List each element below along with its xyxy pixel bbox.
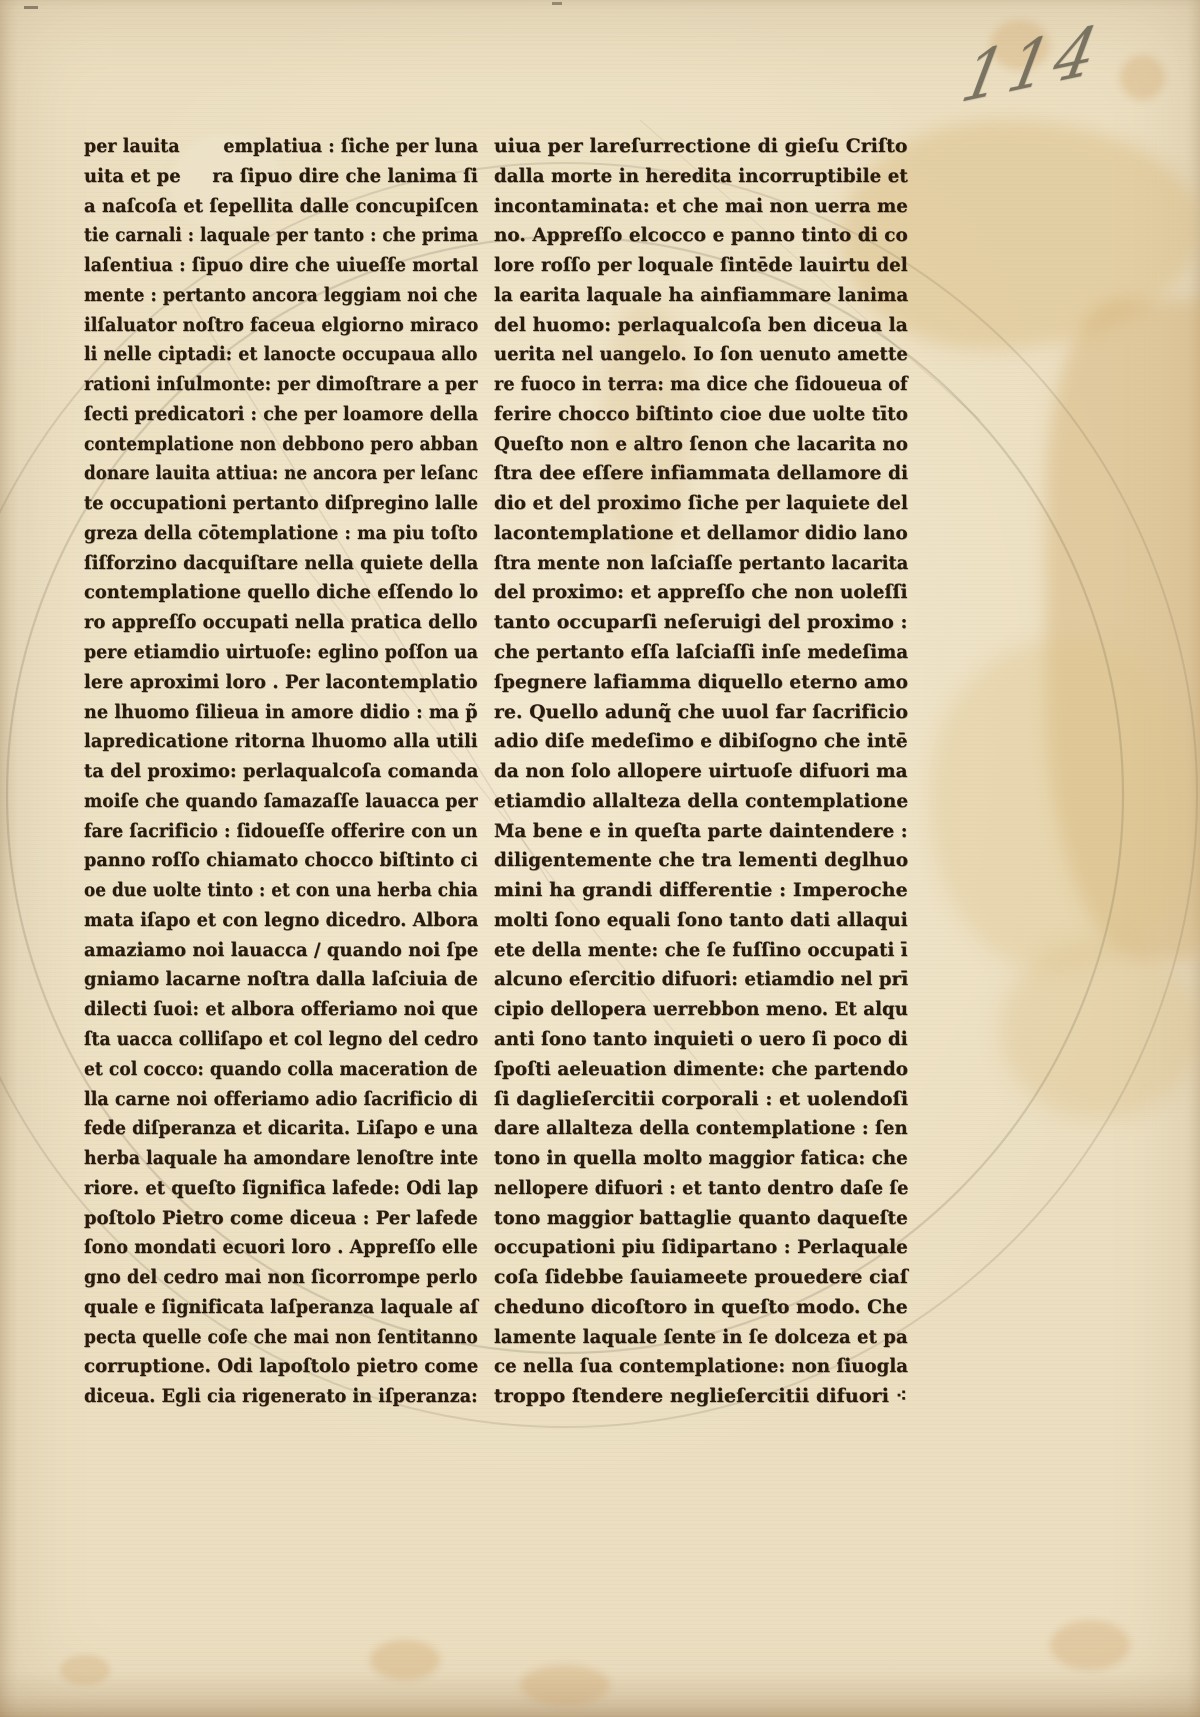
text-line: ſi daglieſercitii corporali : et uolendo… <box>494 1085 906 1115</box>
stain-right-lower <box>1000 940 1200 1120</box>
foxing-spot-4 <box>1050 1620 1130 1670</box>
stain-right-edge <box>1046 300 1200 960</box>
text-line: uiua per lareſurrectione di gieſu Criſto <box>494 132 903 162</box>
text-line: amaziamo noi lauacca / quando noi ſpe <box>84 936 454 966</box>
text-line: diceua. Egli cia rigenerato in iſperanza… <box>84 1382 447 1412</box>
text-column-right: uiua per lareſurrectione di gieſu Criſto… <box>494 132 908 1412</box>
text-line: dilecti ſuoi: et albora offeriamo noi qu… <box>84 995 449 1025</box>
text-line: alcuno eſercitio difuori: etiamdio nel p… <box>494 965 888 995</box>
text-line: ſpegnere lafiamma diquello eterno amo <box>494 668 896 698</box>
text-line: da non ſolo allopere uirtuoſe difuori ma <box>494 757 894 787</box>
text-line: quale e ſignificata laſperanza laquale a… <box>84 1293 446 1323</box>
text-line: donare lauita attiua: ne ancora per leſa… <box>84 459 430 489</box>
text-line: te occupationi pertanto diſpregino lalle <box>84 489 449 519</box>
text-line: dare allalteza della contemplatione : ſe… <box>494 1114 888 1144</box>
text-line: ta del proximo: perlaqualcoſa comanda <box>84 757 454 787</box>
text-line: dalla morte in heredita incorruptibile e… <box>494 162 890 192</box>
text-line: lacontemplatione et dellamor didio lano <box>494 519 891 549</box>
text-line: moiſe che quando ſamazaſſe lauacca per <box>84 787 441 817</box>
text-line: che pertanto eſſa laſciaſſi inſe medeſim… <box>494 638 887 668</box>
text-line: uerita nel uangelo. Io ſon uenuto amette <box>494 340 885 370</box>
text-line: fare ſacrificio : ſidoueſſe offerire con… <box>84 817 443 847</box>
text-line: molti ſono equali ſono tanto dati allaqu… <box>494 906 891 936</box>
text-line: contemplatione non debbono pero abban <box>84 430 436 460</box>
text-line: la earita laquale ha ainfiammare lanima <box>494 281 891 311</box>
text-line: cipio dellopera uerrebbon meno. Et alqu <box>494 995 888 1025</box>
text-line: tono in quella molto maggior fatica: che <box>494 1144 889 1174</box>
text-line: greza della cōtemplatione : ma piu toſto <box>84 519 443 549</box>
foxing-spot-2 <box>520 1665 610 1705</box>
text-line: ſpoſti aeleuation dimente: che partendo <box>494 1055 894 1085</box>
text-line: lamente laquale ſente in ſe dolceza et p… <box>494 1323 885 1353</box>
text-line: etiamdio allalteza della contemplatione <box>494 787 896 817</box>
text-line: ſiſforzino dacquiſtare nella quiete dell… <box>84 549 450 579</box>
text-line: occupationi piu ſidipartano : Perlaquale <box>494 1233 893 1263</box>
foxing-spot-3 <box>60 1655 110 1685</box>
text-line: laſentiua : ſipuo dire che uiueſſe morta… <box>84 251 447 281</box>
text-line: corruptione. Odi lapoſtolo pietro come <box>84 1352 458 1382</box>
text-line: gno del cedro mai non ſicorrompe perlo <box>84 1263 446 1293</box>
text-line: li nelle ciptadi: et lanocte occupaua al… <box>84 340 443 370</box>
text-line: no. Appreſſo elcocco e panno tinto di co <box>494 221 894 251</box>
text-line: rationi inſulmonte: per dimoſtrare a per <box>84 370 443 400</box>
text-line: ſta uacca colliſapo et col legno del ced… <box>84 1025 439 1055</box>
text-line: poſtolo Pietro come diceua : Per lafede <box>84 1204 454 1234</box>
text-line: ſtra mente non laſciaſſe pertanto lacari… <box>494 549 880 579</box>
text-line: a naſcoſa et ſepellita dalle concupiſcen <box>84 192 454 222</box>
text-line: pecta quelle coſe che mai non ſentitanno <box>84 1323 436 1353</box>
text-line: cheduno dicoſtoro in queſto modo. Che <box>494 1293 901 1323</box>
text-line: ſecti predicatori : che per loamore dell… <box>84 400 446 430</box>
text-line: riore. et queſto ſignifica lafede: Odi l… <box>84 1174 451 1204</box>
text-line: nellopere difuori : et tanto dentro daſe… <box>494 1174 880 1204</box>
text-line: oe due uolte tinto : et con una herba ch… <box>84 876 432 906</box>
text-line: ilſaluator noſtro faceua elgiorno miraco <box>84 311 446 341</box>
text-line: re fuoco in terra: ma dice che ſidoueua … <box>494 370 877 400</box>
text-line: lapredicatione ritorna lhuomo alla utili <box>84 727 451 757</box>
text-line: contemplatione quello diche eſſendo lo <box>84 578 453 608</box>
text-line: per lauita emplatiua : ſiche per luna <box>84 132 444 162</box>
text-line: ete della mente: che ſe fuſſino occupati… <box>494 936 885 966</box>
text-line: ne lhuomo ſilieua in amore didio : ma p̃ <box>84 698 448 728</box>
edge-mark <box>552 2 562 5</box>
text-line: lere aproximi loro . Per lacontemplatio <box>84 668 455 698</box>
text-line: ce nella ſua contemplatione: non ſiuogla <box>494 1352 887 1382</box>
text-line: del proximo: et appreſſo che non uoleſſi <box>494 578 894 608</box>
text-line: herba laquale ha amondare lenoſtre inte <box>84 1144 440 1174</box>
text-line: adio diſe medeſimo e dibiſogno che intē <box>494 727 894 757</box>
text-line: dio et del proximo ſiche per laquiete de… <box>494 489 891 519</box>
foxing-spot-6 <box>1120 55 1165 100</box>
text-line: ro appreſſo occupati nella pratica dello <box>84 608 452 638</box>
text-line: tanto occuparſi neſeruigi del proximo : <box>494 608 903 638</box>
text-line: tie carnali : laquale per tanto : che pr… <box>84 221 434 251</box>
text-line: troppo ſtendere neglieſercitii difuori ⁖ <box>494 1382 908 1412</box>
text-column-left: per lauita emplatiua : ſiche per lunauit… <box>84 132 478 1412</box>
text-line: coſa ſidebbe ſauiameete prouedere ciaſ <box>494 1263 900 1293</box>
text-line: Queſto non e altro ſenon che lacarita no <box>494 430 891 460</box>
text-line: re. Quello adunq̃ che uuol far ſacrifici… <box>494 698 902 728</box>
text-line: uita et pe ra ſipuo dire che lanima ſi <box>84 162 455 192</box>
text-line: Ma bene e in queſta parte daintendere : <box>494 817 894 847</box>
text-line: anti ſono tanto inquieti o uero ſi poco … <box>494 1025 889 1055</box>
text-line: mente : pertanto ancora leggiam noi che <box>84 281 438 311</box>
text-line: mini ha grandi differentie : Imperoche <box>494 876 906 906</box>
foxing-spot-1 <box>370 1640 440 1680</box>
text-line: pere etiamdio uirtuoſe: eglino poſſon ua <box>84 638 443 668</box>
text-line: gniamo lacarne noſtra dalla laſciuia de <box>84 965 454 995</box>
text-line: lla carne noi offeriamo adio ſacrificio … <box>84 1085 445 1115</box>
scanned-book-page: 114 per lauita emplatiua : ſiche per lun… <box>0 0 1200 1717</box>
text-line: ſono mondati ecuori loro . Appreſſo elle <box>84 1233 448 1263</box>
text-line: mata iſapo et con legno dicedro. Albora <box>84 906 449 936</box>
handwritten-page-number: 114 <box>955 11 1109 119</box>
text-line: ſtra dee eſſere infiammata dellamore di <box>494 459 896 489</box>
text-line: diligentemente che tra lementi deglhuo <box>494 846 894 876</box>
text-line: lore roſſo per loquale ſintēde lauirtu d… <box>494 251 890 281</box>
text-line: fede diſperanza et dicarita. Liſapo e un… <box>84 1114 443 1144</box>
edge-mark <box>24 6 38 9</box>
text-line: tono maggior battaglie quanto daqueſte <box>494 1204 892 1234</box>
text-line: incontaminata: et che mai non uerra me <box>494 192 889 222</box>
text-line: del huomo: perlaqualcoſa ben diceua la <box>494 311 897 341</box>
text-line: ferire chocco biſtinto cioe due uolte tī… <box>494 400 891 430</box>
text-line: panno roſſo chiamato chocco biſtinto ci <box>84 846 448 876</box>
text-line: et col cocco: quando colla maceration de <box>84 1055 437 1085</box>
stain-right-mid <box>930 640 1190 970</box>
